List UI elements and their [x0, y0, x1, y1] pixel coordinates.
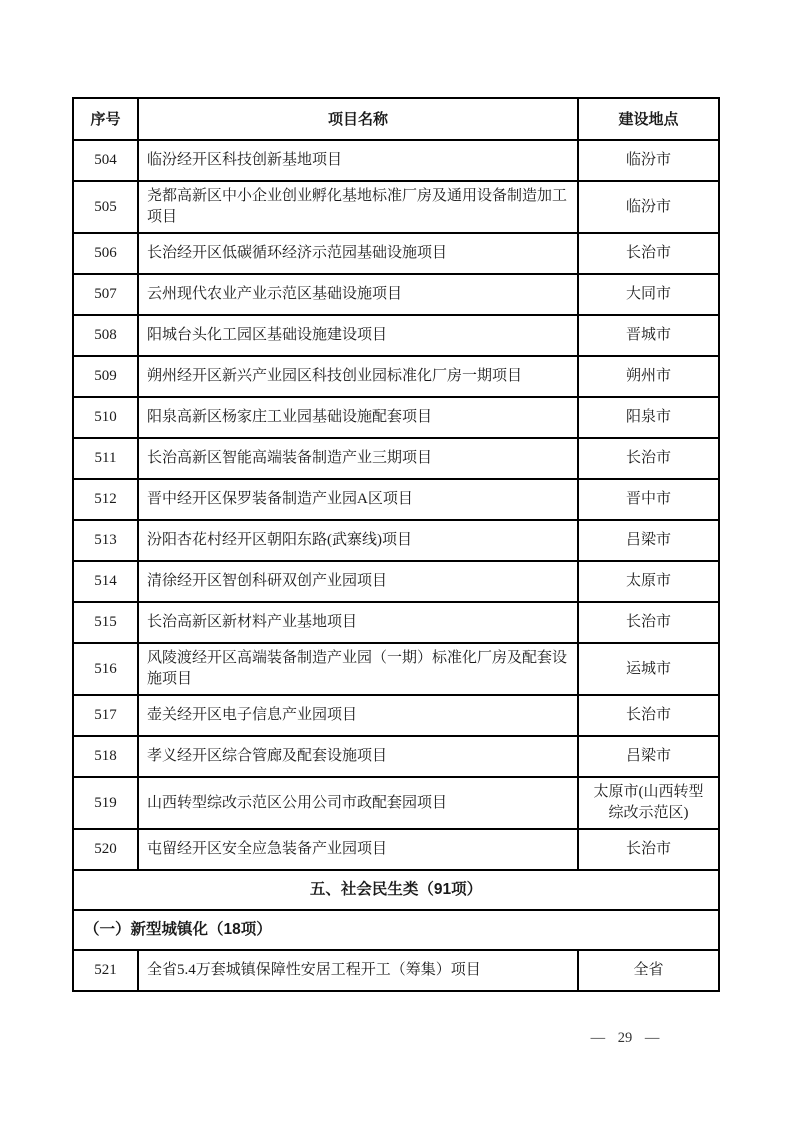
- cell-serial-number: 510: [73, 397, 138, 438]
- cell-construction-location: 晋中市: [578, 479, 719, 520]
- cell-project-name: 尧都高新区中小企业创业孵化基地标准厂房及通用设备制造加工项目: [138, 181, 578, 233]
- cell-serial-number: 516: [73, 643, 138, 695]
- table-row: 519山西转型综改示范区公用公司市政配套园项目太原市(山西转型综改示范区): [73, 777, 719, 829]
- project-table: 序号项目名称建设地点 504临汾经开区科技创新基地项目临汾市505尧都高新区中小…: [72, 97, 720, 992]
- cell-project-name: 阳泉高新区杨家庄工业园基础设施配套项目: [138, 397, 578, 438]
- table-row: 520屯留经开区安全应急装备产业园项目长治市: [73, 829, 719, 870]
- cell-construction-location: 长治市: [578, 829, 719, 870]
- table-row: 514清徐经开区智创科研双创产业园项目太原市: [73, 561, 719, 602]
- cell-project-name: 长治经开区低碳循环经济示范园基础设施项目: [138, 233, 578, 274]
- cell-project-name: 孝义经开区综合管廊及配套设施项目: [138, 736, 578, 777]
- cell-construction-location: 临汾市: [578, 181, 719, 233]
- table-row: 512晋中经开区保罗装备制造产业园A区项目晋中市: [73, 479, 719, 520]
- cell-construction-location: 吕梁市: [578, 736, 719, 777]
- cell-serial-number: 515: [73, 602, 138, 643]
- cell-serial-number: 509: [73, 356, 138, 397]
- subsection-header: （一）新型城镇化（18项）: [73, 910, 719, 950]
- table-row: 510阳泉高新区杨家庄工业园基础设施配套项目阳泉市: [73, 397, 719, 438]
- cell-construction-location: 朔州市: [578, 356, 719, 397]
- cell-serial-number: 520: [73, 829, 138, 870]
- cell-project-name: 风陵渡经开区高端装备制造产业园（一期）标准化厂房及配套设施项目: [138, 643, 578, 695]
- cell-serial-number: 514: [73, 561, 138, 602]
- cell-construction-location: 吕梁市: [578, 520, 719, 561]
- cell-serial-number: 513: [73, 520, 138, 561]
- cell-construction-location: 长治市: [578, 438, 719, 479]
- cell-serial-number: 512: [73, 479, 138, 520]
- column-header: 项目名称: [138, 98, 578, 140]
- cell-construction-location: 全省: [578, 950, 719, 991]
- cell-construction-location: 长治市: [578, 695, 719, 736]
- cell-project-name: 长治高新区新材料产业基地项目: [138, 602, 578, 643]
- table-row: 521全省5.4万套城镇保障性安居工程开工（筹集）项目全省: [73, 950, 719, 991]
- cell-construction-location: 太原市(山西转型综改示范区): [578, 777, 719, 829]
- table-row: 511长治高新区智能高端装备制造产业三期项目长治市: [73, 438, 719, 479]
- table-row: 504临汾经开区科技创新基地项目临汾市: [73, 140, 719, 181]
- table-row: 507云州现代农业产业示范区基础设施项目大同市: [73, 274, 719, 315]
- cell-project-name: 临汾经开区科技创新基地项目: [138, 140, 578, 181]
- table-header-row: 序号项目名称建设地点: [73, 98, 719, 140]
- column-header: 序号: [73, 98, 138, 140]
- column-header: 建设地点: [578, 98, 719, 140]
- cell-serial-number: 519: [73, 777, 138, 829]
- cell-project-name: 晋中经开区保罗装备制造产业园A区项目: [138, 479, 578, 520]
- cell-project-name: 朔州经开区新兴产业园区科技创业园标准化厂房一期项目: [138, 356, 578, 397]
- cell-construction-location: 大同市: [578, 274, 719, 315]
- table-row: 509朔州经开区新兴产业园区科技创业园标准化厂房一期项目朔州市: [73, 356, 719, 397]
- section-header: 五、社会民生类（91项）: [73, 870, 719, 910]
- cell-project-name: 屯留经开区安全应急装备产业园项目: [138, 829, 578, 870]
- cell-serial-number: 521: [73, 950, 138, 991]
- document-page: 序号项目名称建设地点 504临汾经开区科技创新基地项目临汾市505尧都高新区中小…: [0, 0, 794, 1122]
- cell-construction-location: 长治市: [578, 602, 719, 643]
- cell-serial-number: 518: [73, 736, 138, 777]
- cell-construction-location: 长治市: [578, 233, 719, 274]
- table-row: 513汾阳杏花村经开区朝阳东路(武寨线)项目吕梁市: [73, 520, 719, 561]
- cell-construction-location: 运城市: [578, 643, 719, 695]
- cell-serial-number: 505: [73, 181, 138, 233]
- cell-serial-number: 508: [73, 315, 138, 356]
- cell-project-name: 清徐经开区智创科研双创产业园项目: [138, 561, 578, 602]
- cell-project-name: 云州现代农业产业示范区基础设施项目: [138, 274, 578, 315]
- cell-serial-number: 506: [73, 233, 138, 274]
- cell-project-name: 壶关经开区电子信息产业园项目: [138, 695, 578, 736]
- table-row: 508阳城台头化工园区基础设施建设项目晋城市: [73, 315, 719, 356]
- cell-project-name: 汾阳杏花村经开区朝阳东路(武寨线)项目: [138, 520, 578, 561]
- table-row: 516风陵渡经开区高端装备制造产业园（一期）标准化厂房及配套设施项目运城市: [73, 643, 719, 695]
- cell-project-name: 阳城台头化工园区基础设施建设项目: [138, 315, 578, 356]
- cell-project-name: 山西转型综改示范区公用公司市政配套园项目: [138, 777, 578, 829]
- table-body: 504临汾经开区科技创新基地项目临汾市505尧都高新区中小企业创业孵化基地标准厂…: [73, 140, 719, 991]
- cell-construction-location: 临汾市: [578, 140, 719, 181]
- cell-construction-location: 太原市: [578, 561, 719, 602]
- cell-construction-location: 晋城市: [578, 315, 719, 356]
- table-row: 515长治高新区新材料产业基地项目长治市: [73, 602, 719, 643]
- table-row: 505尧都高新区中小企业创业孵化基地标准厂房及通用设备制造加工项目临汾市: [73, 181, 719, 233]
- cell-serial-number: 504: [73, 140, 138, 181]
- cell-serial-number: 511: [73, 438, 138, 479]
- table-row: 518孝义经开区综合管廊及配套设施项目吕梁市: [73, 736, 719, 777]
- table-row: 506长治经开区低碳循环经济示范园基础设施项目长治市: [73, 233, 719, 274]
- subsection-row: （一）新型城镇化（18项）: [73, 910, 719, 950]
- cell-serial-number: 507: [73, 274, 138, 315]
- section-row: 五、社会民生类（91项）: [73, 870, 719, 910]
- cell-project-name: 长治高新区智能高端装备制造产业三期项目: [138, 438, 578, 479]
- page-number: — 29 —: [555, 1030, 695, 1047]
- table-row: 517壶关经开区电子信息产业园项目长治市: [73, 695, 719, 736]
- cell-serial-number: 517: [73, 695, 138, 736]
- cell-project-name: 全省5.4万套城镇保障性安居工程开工（筹集）项目: [138, 950, 578, 991]
- cell-construction-location: 阳泉市: [578, 397, 719, 438]
